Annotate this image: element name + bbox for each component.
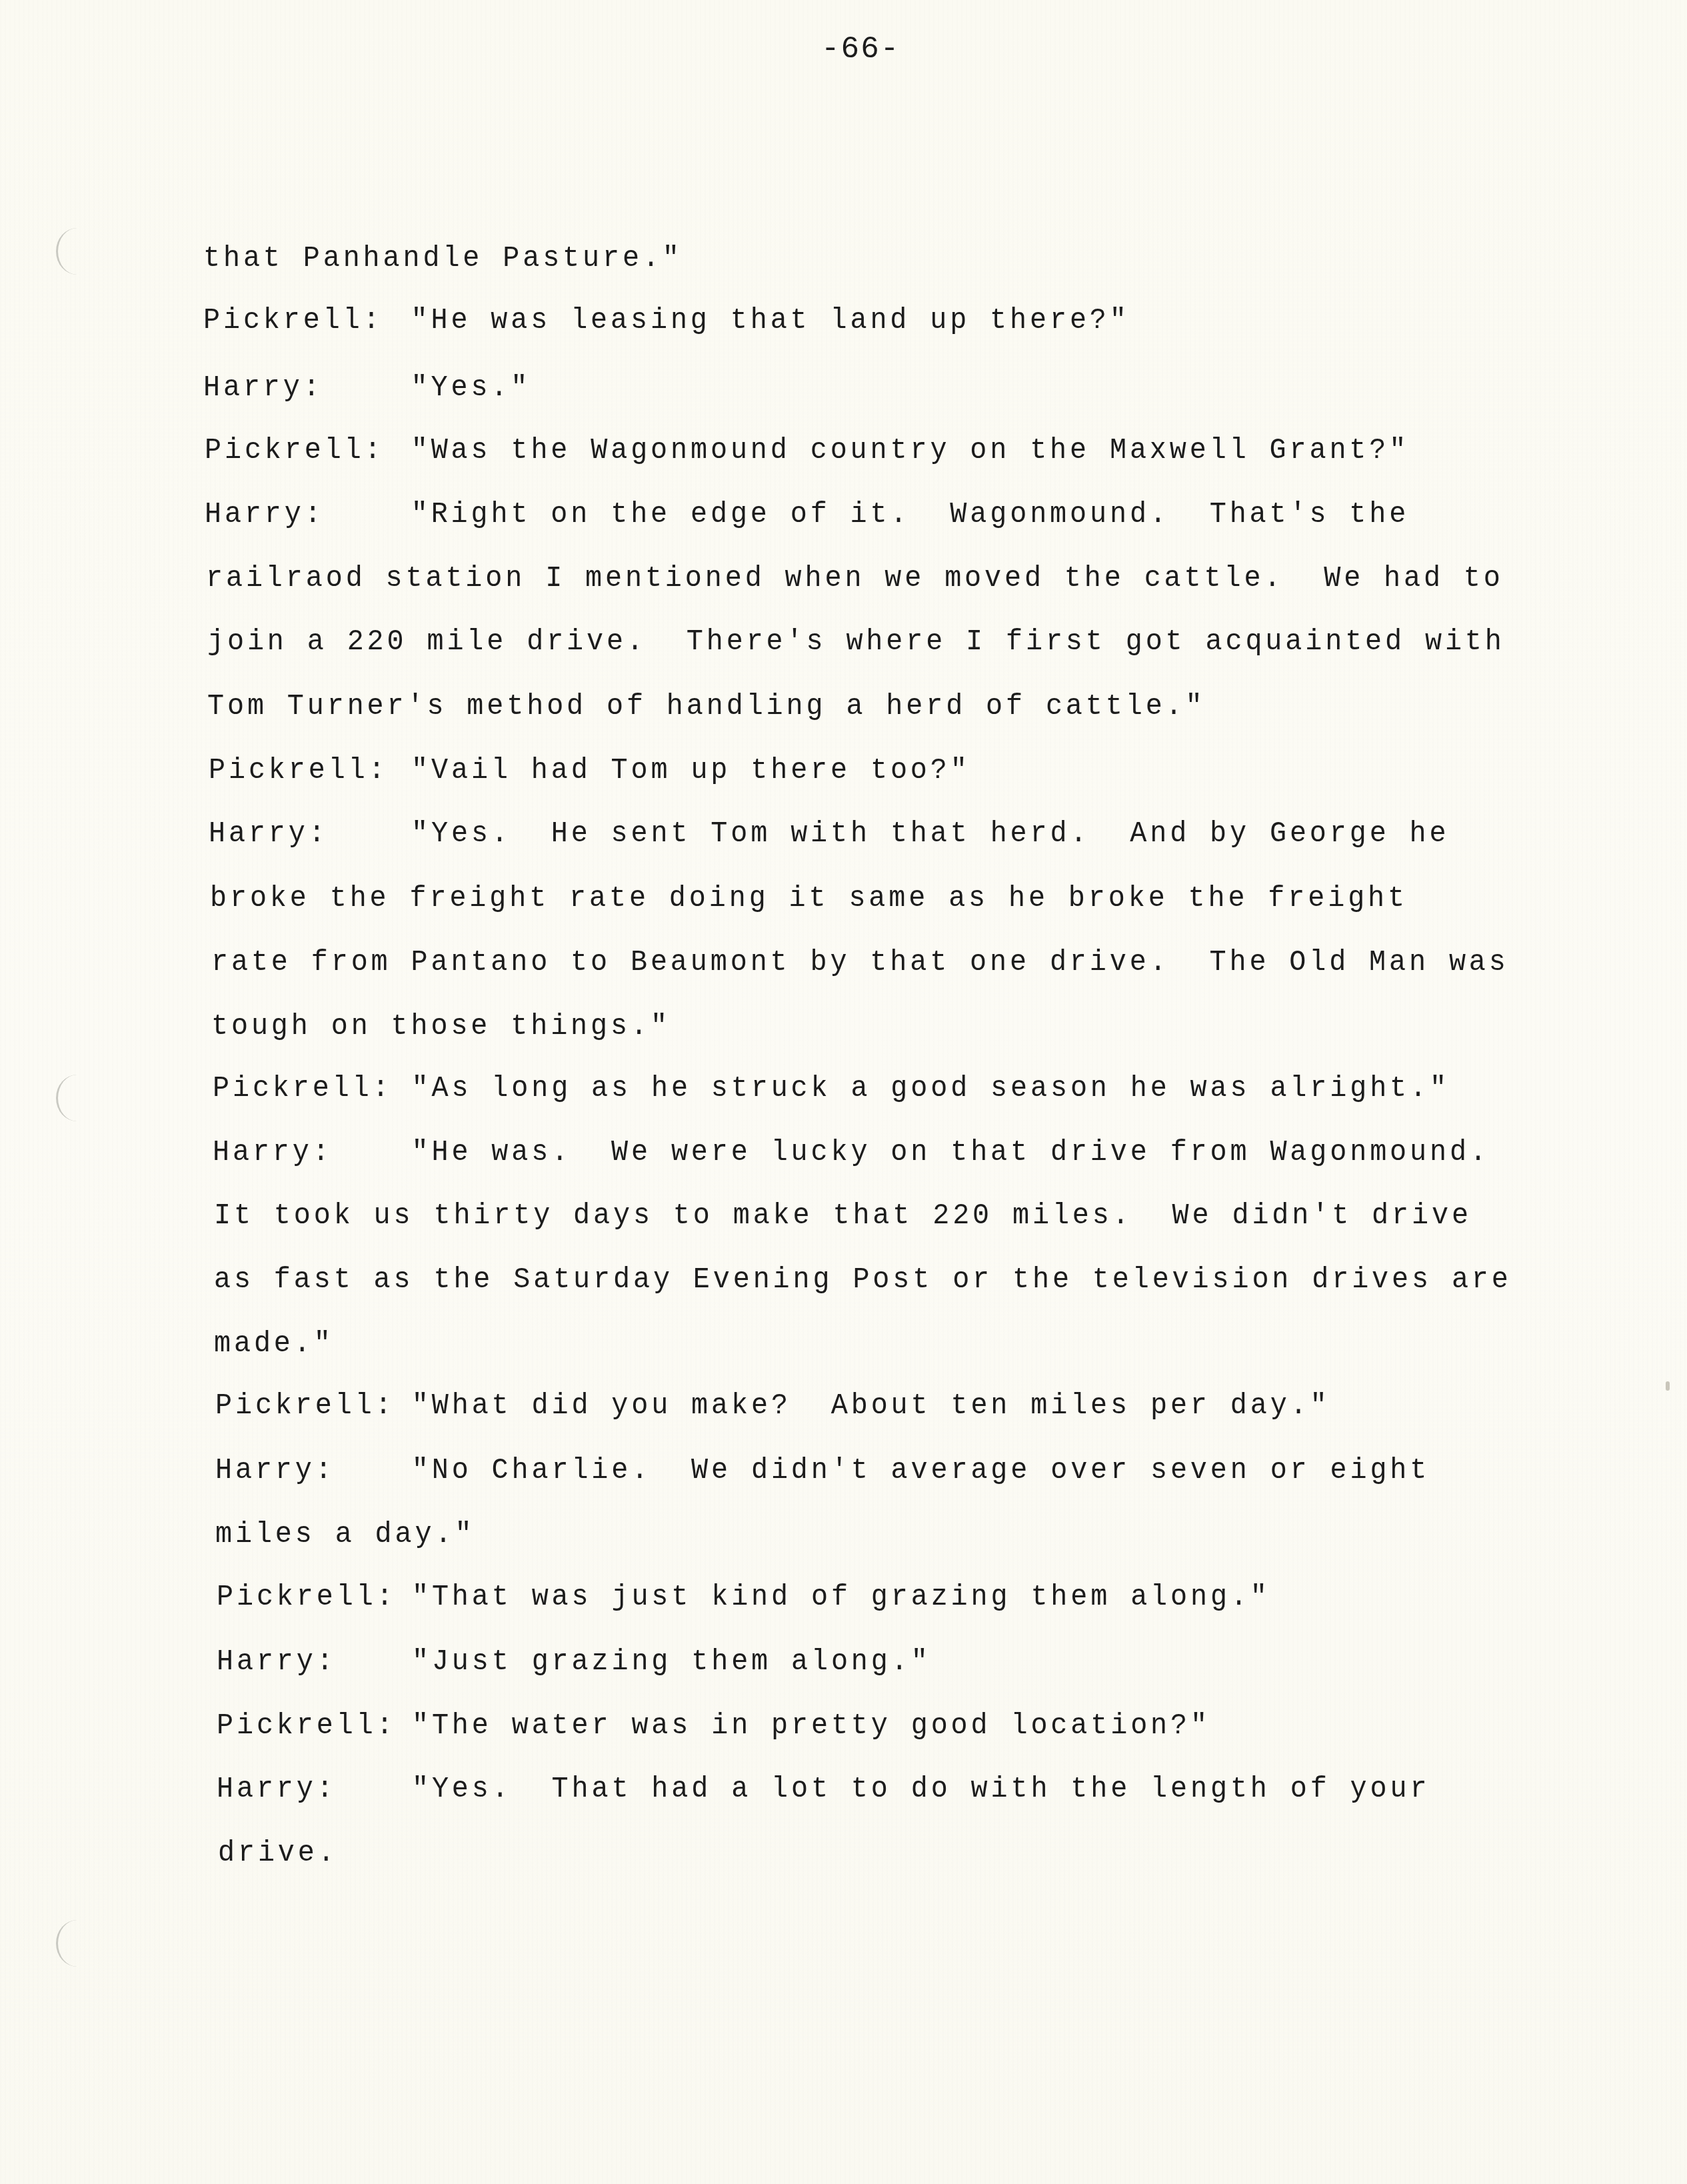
speaker-label: Harry:: [215, 1453, 335, 1487]
transcript-line: Harry:"Yes. That had a lot to do with th…: [217, 1772, 1580, 1812]
speaker-label: Harry:: [213, 1135, 333, 1169]
transcript-line: drive.: [218, 1836, 1582, 1876]
speaker-label: Pickrell:: [209, 753, 389, 787]
speech-text: "Was the Wagonmound country on the Maxwe…: [411, 433, 1410, 467]
punch-hole-mark-top: [56, 228, 98, 275]
paper-speck: [1666, 1381, 1670, 1391]
transcript-line: Pickrell:"As long as he struck a good se…: [213, 1071, 1576, 1111]
transcript-line: Pickrell:"What did you make? About ten m…: [215, 1389, 1579, 1429]
speaker-label: Pickrell:: [215, 1389, 395, 1423]
speech-text: "The water was in pretty good location?": [412, 1709, 1210, 1743]
speech-text: "As long as he struck a good season he w…: [412, 1071, 1450, 1105]
speaker-label: Harry:: [205, 497, 325, 531]
speech-continuation: rate from Pantano to Beaumont by that on…: [211, 945, 1509, 979]
speech-continuation: miles a day.": [215, 1517, 475, 1551]
transcript-line: Harry:"Right on the edge of it. Wagonmou…: [205, 497, 1568, 537]
speech-continuation: that Panhandle Pasture.": [203, 241, 683, 275]
speaker-label: Harry:: [203, 371, 323, 405]
speech-text: "Yes. That had a lot to do with the leng…: [412, 1772, 1430, 1806]
transcript-line: Pickrell:"Vail had Tom up there too?": [209, 753, 1572, 793]
transcript-line: Pickrell:"Was the Wagonmound country on …: [205, 433, 1568, 473]
transcript-line: Tom Turner's method of handling a herd o…: [207, 689, 1571, 729]
speaker-label: Pickrell:: [217, 1709, 397, 1743]
speaker-label: Harry:: [209, 817, 329, 851]
speech-text: "He was. We were lucky on that drive fro…: [412, 1135, 1490, 1169]
speech-text: "Just grazing them along.": [412, 1645, 931, 1679]
speaker-label: Pickrell:: [205, 433, 385, 467]
speech-text: "Vail had Tom up there too?": [411, 753, 970, 787]
transcript-line: railraod station I mentioned when we mov…: [206, 561, 1570, 601]
speech-text: "What did you make? About ten miles per …: [412, 1389, 1330, 1423]
speech-text: "Right on the edge of it. Wagonmound. Th…: [411, 497, 1410, 531]
transcript-line: Pickrell:"That was just kind of grazing …: [217, 1580, 1580, 1620]
page-number: -66-: [821, 32, 900, 67]
speech-continuation: tough on those things.": [211, 1009, 671, 1043]
transcript-line: Harry:"Yes. He sent Tom with that herd. …: [209, 817, 1572, 857]
speech-continuation: broke the freight rate doing it same as …: [210, 881, 1408, 915]
speech-continuation: It took us thirty days to make that 220 …: [214, 1199, 1472, 1233]
speech-continuation: drive.: [218, 1836, 338, 1870]
transcript-line: Harry:"No Charlie. We didn't average ove…: [215, 1453, 1579, 1493]
transcript-line: miles a day.": [215, 1517, 1579, 1557]
punch-hole-mark-bottom: [56, 1920, 98, 1967]
speech-text: "He was leasing that land up there?": [411, 303, 1130, 337]
speech-continuation: railraod station I mentioned when we mov…: [206, 561, 1504, 595]
transcript-line: Pickrell:"The water was in pretty good l…: [217, 1709, 1580, 1749]
speech-text: "Yes. He sent Tom with that herd. And by…: [411, 817, 1449, 851]
speaker-label: Pickrell:: [203, 303, 383, 337]
speech-text: "That was just kind of grazing them alon…: [412, 1580, 1270, 1614]
transcript-line: tough on those things.": [211, 1009, 1575, 1049]
speaker-label: Harry:: [217, 1645, 337, 1679]
speech-text: "Yes.": [411, 371, 531, 405]
speech-continuation: as fast as the Saturday Evening Post or …: [214, 1263, 1512, 1297]
transcript-line: Pickrell:"He was leasing that land up th…: [203, 303, 1567, 343]
speech-text: "No Charlie. We didn't average over seve…: [412, 1453, 1430, 1487]
transcript-line: made.": [214, 1327, 1578, 1367]
speaker-label: Harry:: [217, 1772, 337, 1806]
punch-hole-mark-middle: [56, 1075, 98, 1121]
transcript-line: as fast as the Saturday Evening Post or …: [214, 1263, 1578, 1303]
transcript-line: It took us thirty days to make that 220 …: [214, 1199, 1578, 1239]
speaker-label: Pickrell:: [217, 1580, 397, 1614]
transcript-line: broke the freight rate doing it same as …: [210, 881, 1574, 921]
transcript-line: rate from Pantano to Beaumont by that on…: [211, 945, 1575, 985]
transcript-line: Harry:"He was. We were lucky on that dri…: [213, 1135, 1576, 1175]
transcript-line: Harry:"Just grazing them along.": [217, 1645, 1580, 1685]
transcript-line: that Panhandle Pasture.": [203, 241, 1567, 281]
speaker-label: Pickrell:: [213, 1071, 393, 1105]
speech-continuation: Tom Turner's method of handling a herd o…: [207, 689, 1206, 723]
speech-continuation: made.": [214, 1327, 334, 1361]
transcript-line: Harry:"Yes.": [203, 371, 1567, 411]
speech-continuation: join a 220 mile drive. There's where I f…: [207, 625, 1505, 659]
transcript-line: join a 220 mile drive. There's where I f…: [207, 625, 1571, 665]
